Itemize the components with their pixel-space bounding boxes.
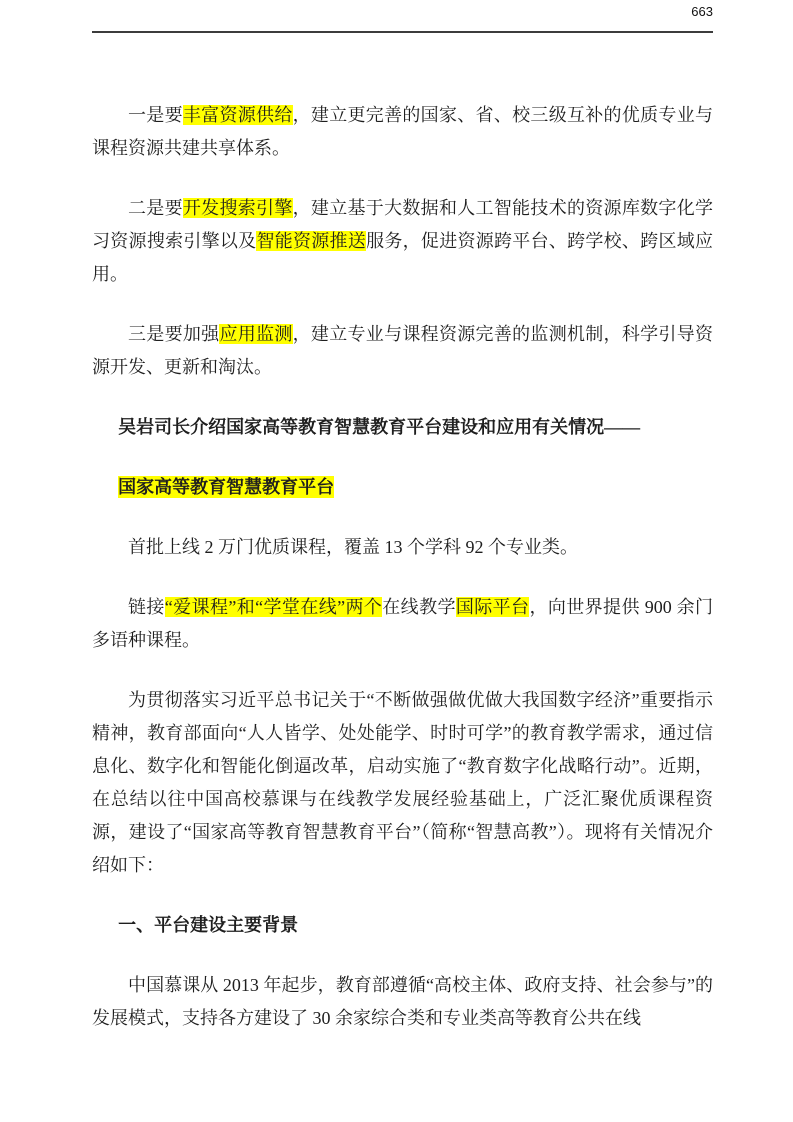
text-run: 三是要加强 xyxy=(128,324,219,344)
text-run: 在线教学 xyxy=(382,597,456,617)
text-run: 二是要 xyxy=(128,198,183,218)
highlighted-text: 开发搜索引擎 xyxy=(183,198,293,218)
text-run: 为贯彻落实习近平总书记关于“不断做强做优做大我国数字经济”重要指示精神，教育部面… xyxy=(92,690,713,875)
paragraph-platform-title: 国家高等教育智慧教育平台 xyxy=(92,471,713,504)
highlighted-text: 国际平台 xyxy=(456,597,530,617)
highlighted-text: 智能资源推送 xyxy=(256,231,366,251)
text-run: 首批上线 2 万门优质课程，覆盖 13 个学科 92 个专业类。 xyxy=(128,537,578,557)
paragraph-resource-supply: 一是要丰富资源供给，建立更完善的国家、省、校三级互补的优质专业与课程资源共建共享… xyxy=(92,99,713,165)
section-heading-background: 一、平台建设主要背景 xyxy=(92,909,713,942)
paragraph-search-engine: 二是要开发搜索引擎，建立基于大数据和人工智能技术的资源库数字化学习资源搜索引擎以… xyxy=(92,192,713,291)
document-page: 663 一是要丰富资源供给，建立更完善的国家、省、校三级互补的优质专业与课程资源… xyxy=(0,0,793,1122)
highlighted-text: “爱课程”和“学堂在线”两个 xyxy=(165,597,382,617)
paragraph-background-strategy: 为贯彻落实习近平总书记关于“不断做强做优做大我国数字经济”重要指示精神，教育部面… xyxy=(92,684,713,882)
paragraph-course-stats: 首批上线 2 万门优质课程，覆盖 13 个学科 92 个专业类。 xyxy=(92,531,713,564)
paragraph-intro-lead: 吴岩司长介绍国家高等教育智慧教育平台建设和应用有关情况—— xyxy=(92,411,713,444)
page-number: 663 xyxy=(92,4,713,20)
paragraph-application-monitoring: 三是要加强应用监测，建立专业与课程资源完善的监测机制，科学引导资源开发、更新和淘… xyxy=(92,318,713,384)
page-header: 663 xyxy=(92,0,713,33)
text-run: 中国慕课从 2013 年起步，教育部遵循“高校主体、政府支持、社会参与”的发展模… xyxy=(92,975,713,1028)
text-run: 吴岩司长介绍国家高等教育智慧教育平台建设和应用有关情况—— xyxy=(118,417,640,437)
paragraph-mooc-history: 中国慕课从 2013 年起步，教育部遵循“高校主体、政府支持、社会参与”的发展模… xyxy=(92,969,713,1035)
highlighted-text: 丰富资源供给 xyxy=(183,105,293,125)
text-run: 链接 xyxy=(128,597,165,617)
document-body: 一是要丰富资源供给，建立更完善的国家、省、校三级互补的优质专业与课程资源共建共享… xyxy=(92,33,713,1035)
heading-text: 一、平台建设主要背景 xyxy=(118,915,298,935)
highlighted-title-text: 国家高等教育智慧教育平台 xyxy=(118,476,334,498)
highlighted-text: 应用监测 xyxy=(219,324,292,344)
paragraph-international-platforms: 链接“爱课程”和“学堂在线”两个在线教学国际平台，向世界提供 900 余门多语种… xyxy=(92,591,713,657)
text-run: 一是要 xyxy=(128,105,183,125)
